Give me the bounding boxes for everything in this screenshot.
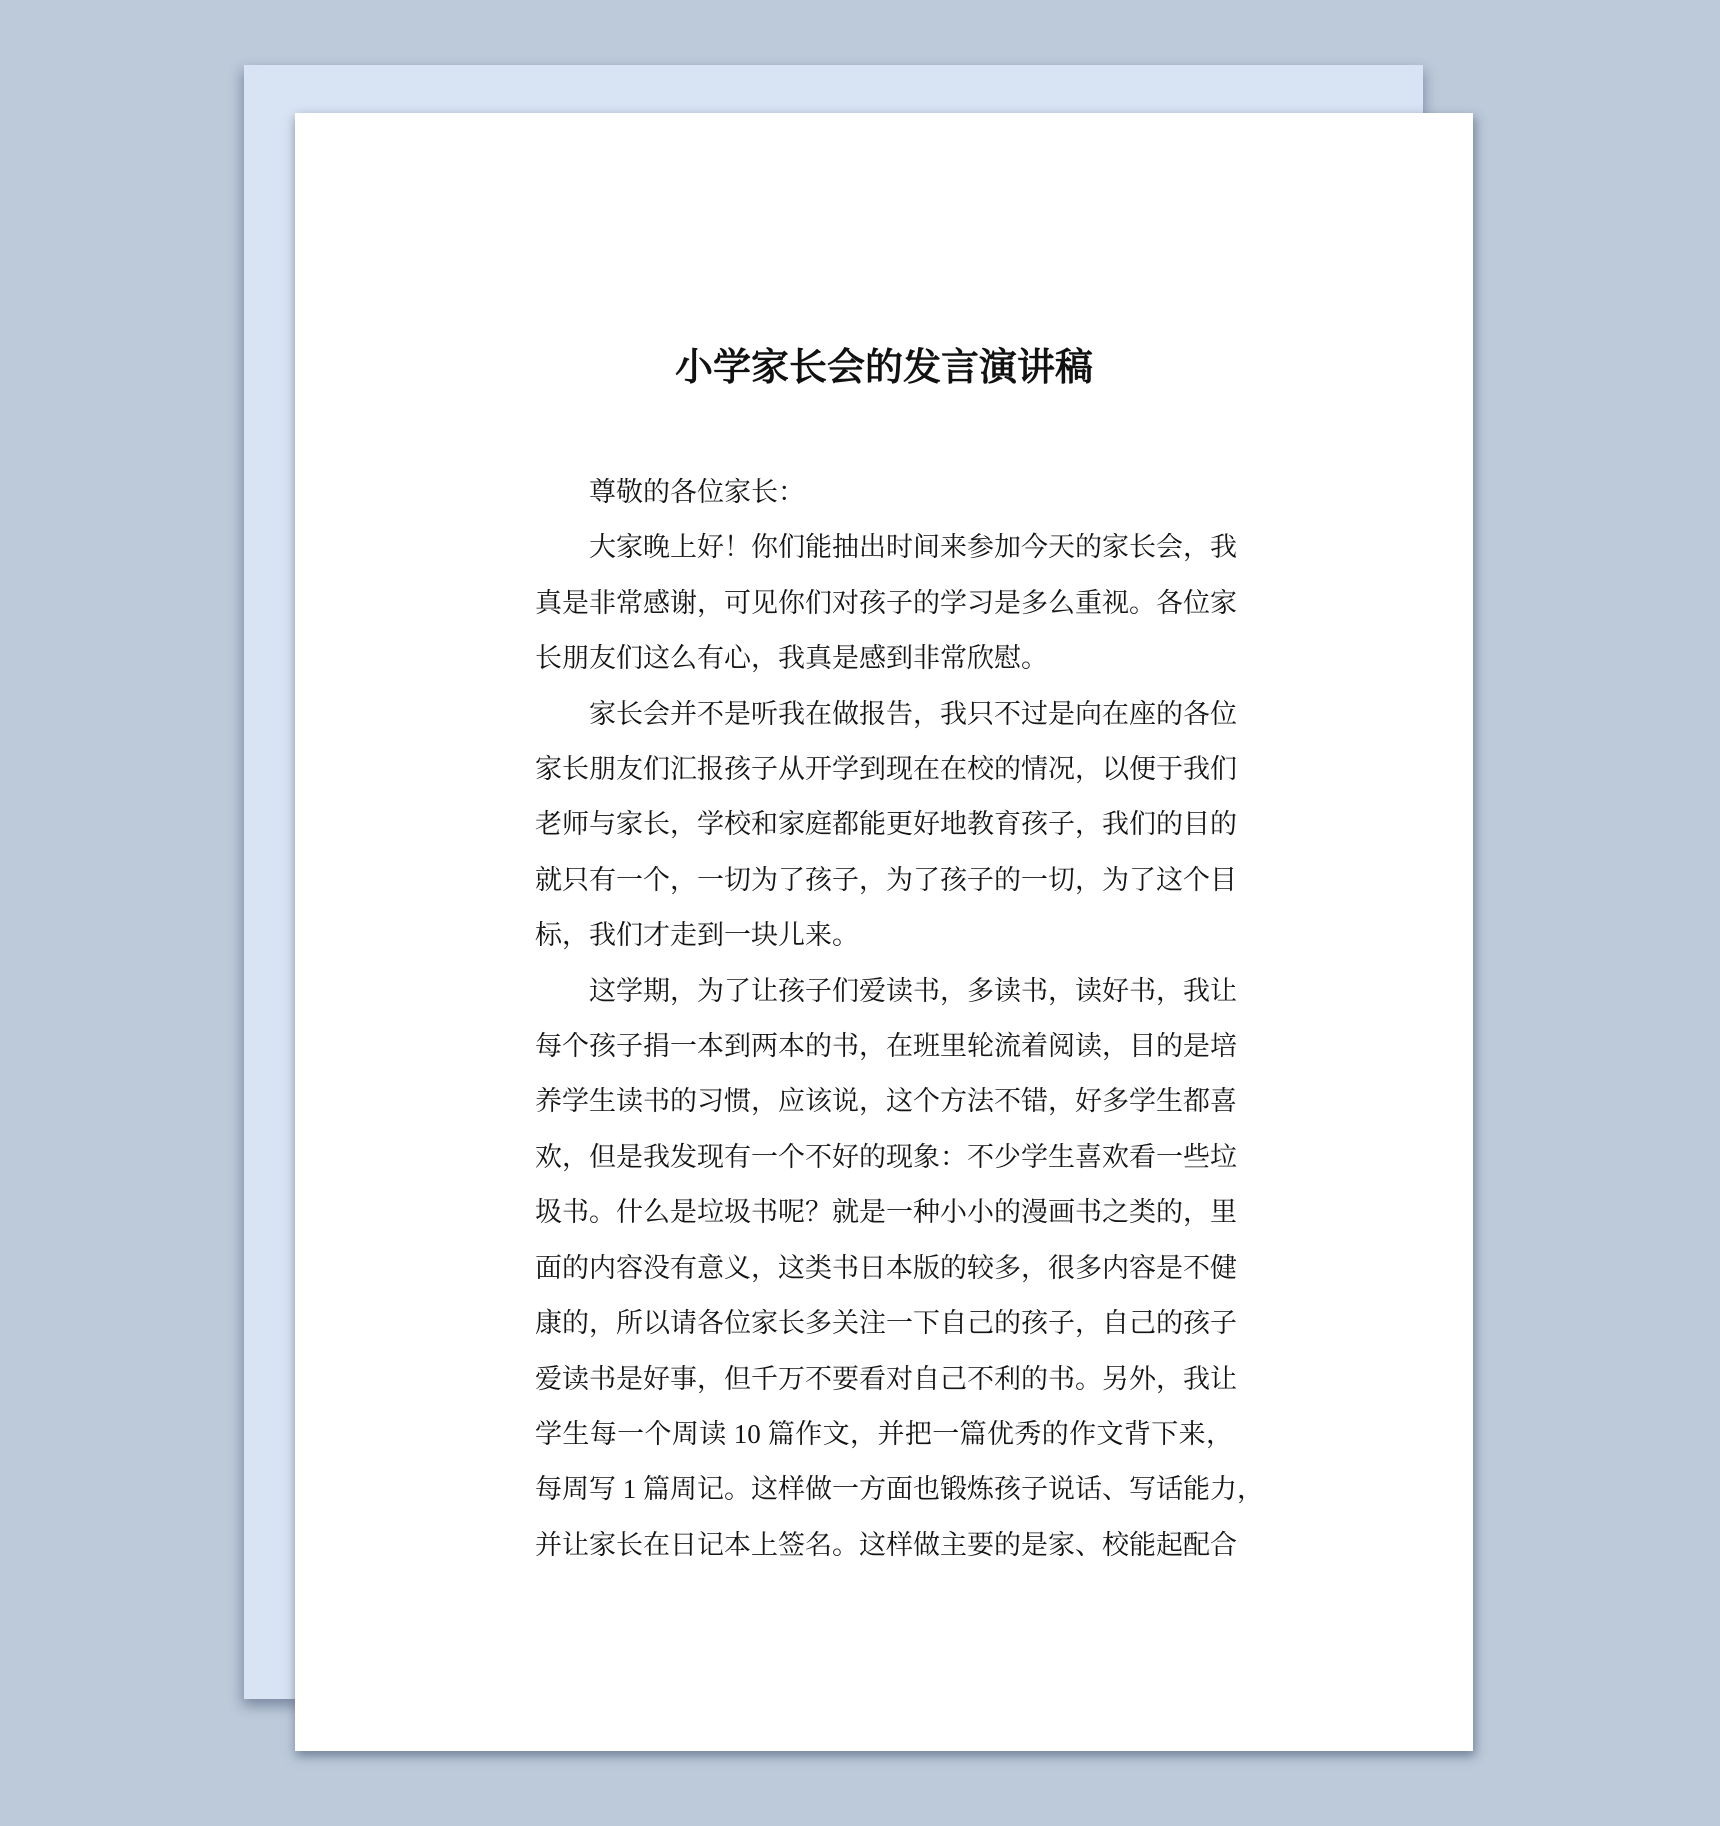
document-title: 小学家长会的发言演讲稿: [295, 340, 1473, 396]
text-line: 每周写 1 篇周记。这样做一方面也锻炼孩子说话、写话能力，: [535, 1462, 1233, 1517]
paragraph: 大家晚上好！你们能抽出时间来参加今天的家长会，我真是非常感谢，可见你们对孩子的学…: [535, 520, 1233, 686]
text-line: 养学生读书的习惯，应该说，这个方法不错，好多学生都喜: [535, 1074, 1233, 1129]
text-line: 康的，所以请各位家长多关注一下自己的孩子，自己的孩子: [535, 1296, 1233, 1351]
text-line: 欢，但是我发现有一个不好的现象：不少学生喜欢看一些垃: [535, 1130, 1233, 1185]
text-line: 家长会并不是听我在做报告，我只不过是向在座的各位: [535, 687, 1233, 742]
text-line: 面的内容没有意义，这类书日本版的较多，很多内容是不健: [535, 1241, 1233, 1296]
text-line: 长朋友们这么有心，我真是感到非常欣慰。: [535, 631, 1233, 686]
paragraph: 这学期，为了让孩子们爱读书，多读书，读好书，我让每个孩子捐一本到两本的书，在班里…: [535, 964, 1233, 1573]
preview-background: 小学家长会的发言演讲稿 尊敬的各位家长：大家晚上好！你们能抽出时间来参加今天的家…: [0, 0, 1720, 1826]
document-page: 小学家长会的发言演讲稿 尊敬的各位家长：大家晚上好！你们能抽出时间来参加今天的家…: [295, 113, 1473, 1751]
text-line: 尊敬的各位家长：: [535, 465, 1233, 520]
text-line: 圾书。什么是垃圾书呢？就是一种小小的漫画书之类的，里: [535, 1185, 1233, 1240]
text-line: 学生每一个周读 10 篇作文，并把一篇优秀的作文背下来，: [535, 1407, 1233, 1462]
text-line: 真是非常感谢，可见你们对孩子的学习是多么重视。各位家: [535, 576, 1233, 631]
text-line: 标，我们才走到一块儿来。: [535, 908, 1233, 963]
text-line: 家长朋友们汇报孩子从开学到现在在校的情况，以便于我们: [535, 742, 1233, 797]
paragraph: 家长会并不是听我在做报告，我只不过是向在座的各位家长朋友们汇报孩子从开学到现在在…: [535, 687, 1233, 964]
text-line: 这学期，为了让孩子们爱读书，多读书，读好书，我让: [535, 964, 1233, 1019]
text-line: 老师与家长，学校和家庭都能更好地教育孩子，我们的目的: [535, 797, 1233, 852]
text-line: 爱读书是好事，但千万不要看对自己不利的书。另外，我让: [535, 1352, 1233, 1407]
document-body: 尊敬的各位家长：大家晚上好！你们能抽出时间来参加今天的家长会，我真是非常感谢，可…: [535, 465, 1233, 1573]
paragraph: 尊敬的各位家长：: [535, 465, 1233, 520]
text-line: 每个孩子捐一本到两本的书，在班里轮流着阅读，目的是培: [535, 1019, 1233, 1074]
text-line: 大家晚上好！你们能抽出时间来参加今天的家长会，我: [535, 520, 1233, 575]
text-line: 就只有一个，一切为了孩子，为了孩子的一切，为了这个目: [535, 853, 1233, 908]
text-line: 并让家长在日记本上签名。这样做主要的是家、校能起配合: [535, 1518, 1233, 1573]
